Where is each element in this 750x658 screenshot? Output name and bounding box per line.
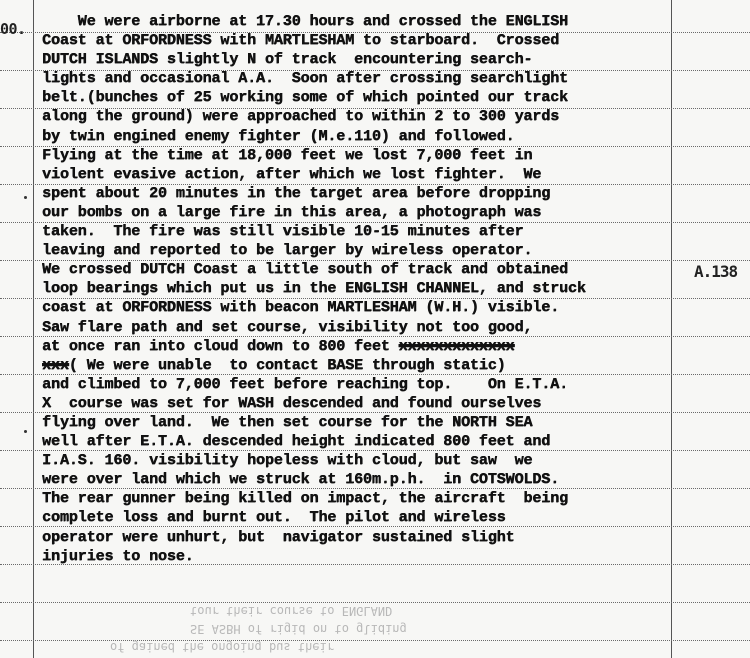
report-line: xxx( We were unable to contact BASE thro… (42, 356, 702, 375)
report-line: lights and occasional A.A. Soon after cr… (42, 69, 702, 88)
report-line: belt.(bunches of 25 working some of whic… (42, 88, 702, 107)
document-page: 00. tour their course to ENGLAND SE ASBH… (0, 0, 750, 658)
bleed-through-text: tour their course to ENGLAND (190, 604, 392, 618)
margin-dot (24, 196, 27, 199)
report-line: along the ground) were approached to wit… (42, 107, 702, 126)
margin-dot (24, 430, 27, 433)
report-line: coast at ORFORDNESS with beacon MARTLESH… (42, 298, 702, 317)
time-label: 00. (0, 20, 26, 38)
report-line: We were airborne at 17.30 hours and cros… (42, 12, 702, 31)
report-line: Flying at the time at 18,000 feet we los… (42, 146, 702, 165)
report-line: loop bearings which put us in the ENGLIS… (42, 279, 702, 298)
report-line: We crossed DUTCH Coast a little south of… (42, 260, 702, 279)
report-line: The rear gunner being killed on impact, … (42, 489, 702, 508)
report-line: and climbed to 7,000 feet before reachin… (42, 375, 702, 394)
report-line: X course was set for WASH descended and … (42, 394, 702, 413)
report-line: Saw flare path and set course, visibilit… (42, 318, 702, 337)
report-line: were over land which we struck at 160m.p… (42, 470, 702, 489)
report-line: I.A.S. 160. visibility hopeless with clo… (42, 451, 702, 470)
report-line: our bombs on a large fire in this area, … (42, 203, 702, 222)
report-line: complete loss and burnt out. The pilot a… (42, 508, 702, 527)
report-line: spent about 20 minutes in the target are… (42, 184, 702, 203)
report-line: leaving and reported to be larger by wir… (42, 241, 702, 260)
bleed-through-text: of gained the ongoing bus their (110, 640, 334, 654)
report-line: violent evasive action, after which we l… (42, 165, 702, 184)
report-line: by twin engined enemy fighter (M.e.110) … (42, 127, 702, 146)
bleed-through-text: SE ASBH of rigid on to gliding (190, 622, 407, 636)
ruled-line (0, 602, 750, 603)
struck-out-text: xxx (42, 356, 69, 374)
report-line: DUTCH ISLANDS slightly N of track encoun… (42, 50, 702, 69)
report-line: taken. The fire was still visible 10-15 … (42, 222, 702, 241)
report-line: flying over land. We then set course for… (42, 413, 702, 432)
report-line: well after E.T.A. descended height indic… (42, 432, 702, 451)
left-margin-line (33, 0, 34, 658)
reference-annotation: A.138 (694, 262, 737, 281)
report-line: Coast at ORFORDNESS with MARTLESHAM to s… (42, 31, 702, 50)
struck-out-text: xxxxxxxxxxxxx (399, 337, 515, 355)
report-line: operator were unhurt, but navigator sust… (42, 528, 702, 547)
report-line: injuries to nose. (42, 547, 702, 566)
report-line: at once ran into cloud down to 800 feet … (42, 337, 702, 356)
typed-report-body: We were airborne at 17.30 hours and cros… (42, 12, 702, 566)
